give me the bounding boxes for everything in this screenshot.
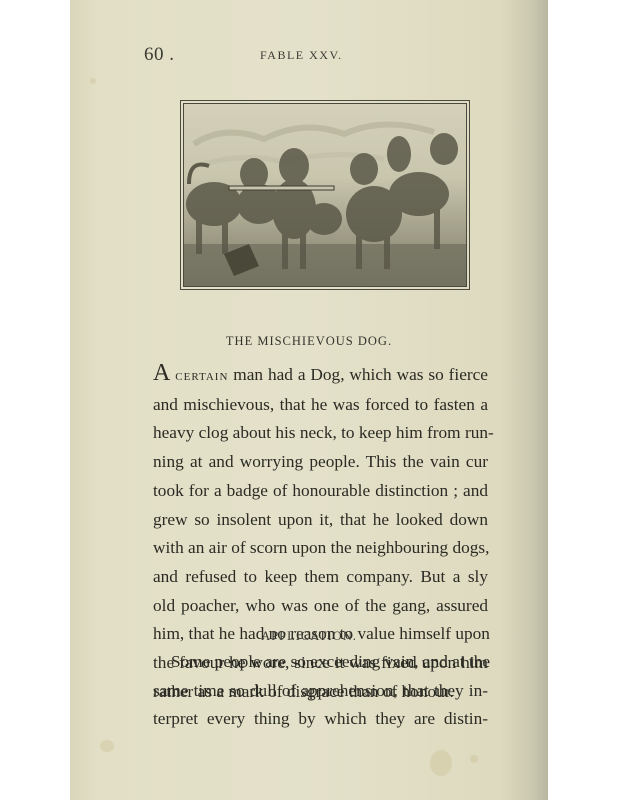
- text-line: took for a badge of honourable distincti…: [153, 477, 488, 506]
- foxing-spot: [430, 750, 452, 776]
- text-line: ning at and worrying people. This the va…: [153, 448, 488, 477]
- engraving-plate: [180, 100, 470, 290]
- page-number: 60 .: [144, 44, 175, 66]
- text-line: heavy clog about his neck, to keep him f…: [153, 419, 488, 448]
- fable-title: THE MISCHIEVOUS DOG.: [70, 334, 548, 349]
- text-line: old poacher, who was one of the gang, as…: [153, 592, 488, 621]
- foxing-spot: [470, 755, 478, 763]
- running-title: FABLE XXV.: [260, 48, 343, 63]
- text-line: and refused to keep them company. But a …: [153, 563, 488, 592]
- text-line: same time so dull of apprehension, that …: [153, 677, 488, 706]
- lead-word: certain: [175, 367, 228, 384]
- application-heading: APPLICATION.: [70, 629, 548, 644]
- text-line: and mischievous, that he was forced to f…: [153, 391, 488, 420]
- text-line: Some people are so exceeding vain, and a…: [153, 648, 488, 677]
- running-head: 60 . FABLE XXV.: [70, 44, 548, 64]
- foxing-spot: [100, 740, 114, 752]
- book-page: 60 . FABLE XXV.: [70, 0, 548, 800]
- engraving-illustration-icon: [183, 103, 467, 287]
- dogs-engraving-icon: [184, 104, 467, 287]
- text-line: with an air of scorn upon the neighbouri…: [153, 534, 488, 563]
- application-body: Some people are so exceeding vain, and a…: [153, 648, 488, 734]
- drop-cap: A: [153, 360, 170, 386]
- text-line: terpret every thing by which they are di…: [153, 705, 488, 734]
- text-line: grew so insolent upon it, that he looked…: [153, 506, 488, 535]
- text-line-content: man had a Dog, which was so fierce: [228, 365, 488, 384]
- text-line: A certain man had a Dog, which was so fi…: [153, 359, 488, 391]
- foxing-spot: [90, 78, 96, 84]
